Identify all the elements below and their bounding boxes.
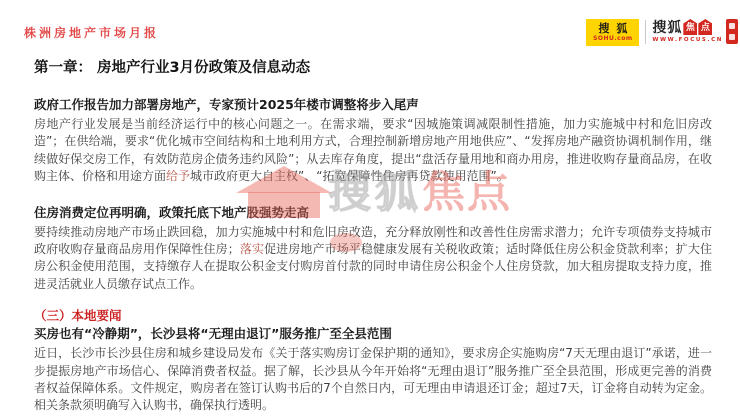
section-paragraph-consumption: 要持续推动房地产市场止跌回稳，加力实施城中村和危旧房改造，充分释放刚性和改善性住… <box>34 224 712 294</box>
logo-divider <box>645 20 646 44</box>
header-logos: 搜狐 SOHU.com 搜狐 焦 点 WWW.FOCUS.CN <box>586 19 738 46</box>
report-content: 第一章： 房地产行业3月份政策及信息动态 政府工作报告加力部署房地产，专家预计2… <box>0 48 740 415</box>
sohu-focus-logo-name: 搜狐 焦 点 <box>652 19 723 35</box>
paragraph-text: 城市政府更大自主权”、“拓宽保障性住房再贷款使用范围”。 <box>190 169 509 183</box>
sohu-logo-domain: SOHU.com <box>593 36 633 42</box>
focus-region-badge <box>726 19 738 44</box>
focus-logo-prefix: 搜狐 <box>652 21 682 35</box>
sohu-logo-name: 搜狐 <box>591 23 634 34</box>
chapter-title: 第一章： 房地产行业3月份政策及信息动态 <box>34 58 712 78</box>
focus-logo-house-icon: 点 <box>698 19 712 35</box>
report-page: 株洲房地产市场月报 搜狐 SOHU.com 搜狐 焦 点 WWW.FOCUS.C… <box>0 0 740 416</box>
focus-logo-house-icon: 焦 <box>683 19 697 35</box>
local-news-heading: 买房也有“冷静期”，长沙县将“无理由退订”服务推广至全县范围 <box>34 326 712 342</box>
highlighted-text: 落实 <box>240 242 264 256</box>
section-heading-policy: 政府工作报告加力部署房地产，专家预计2025年楼市调整将步入尾声 <box>34 97 712 113</box>
sohu-focus-logo: 搜狐 焦 点 WWW.FOCUS.CN <box>652 19 723 44</box>
local-news-label: （三）本地要闻 <box>34 308 712 324</box>
section-heading-consumption: 住房消费定位再明确，政策托底下地产股强势走高 <box>34 205 712 221</box>
page-title: 株洲房地产市场月报 <box>24 24 159 41</box>
highlighted-text: 给予 <box>166 169 190 183</box>
section-paragraph-policy: 房地产行业发展是当前经济运行中的核心问题之一。在需求端，要求“因城施策调减限制性… <box>34 116 712 186</box>
focus-logo-url: WWW.FOCUS.CN <box>652 38 723 44</box>
sohu-logo: 搜狐 SOHU.com <box>586 19 639 46</box>
local-news-paragraph: 近日，长沙市长沙县住房和城乡建设局发布《关于落实购房订金保护期的通知》，要求房企… <box>34 345 712 415</box>
